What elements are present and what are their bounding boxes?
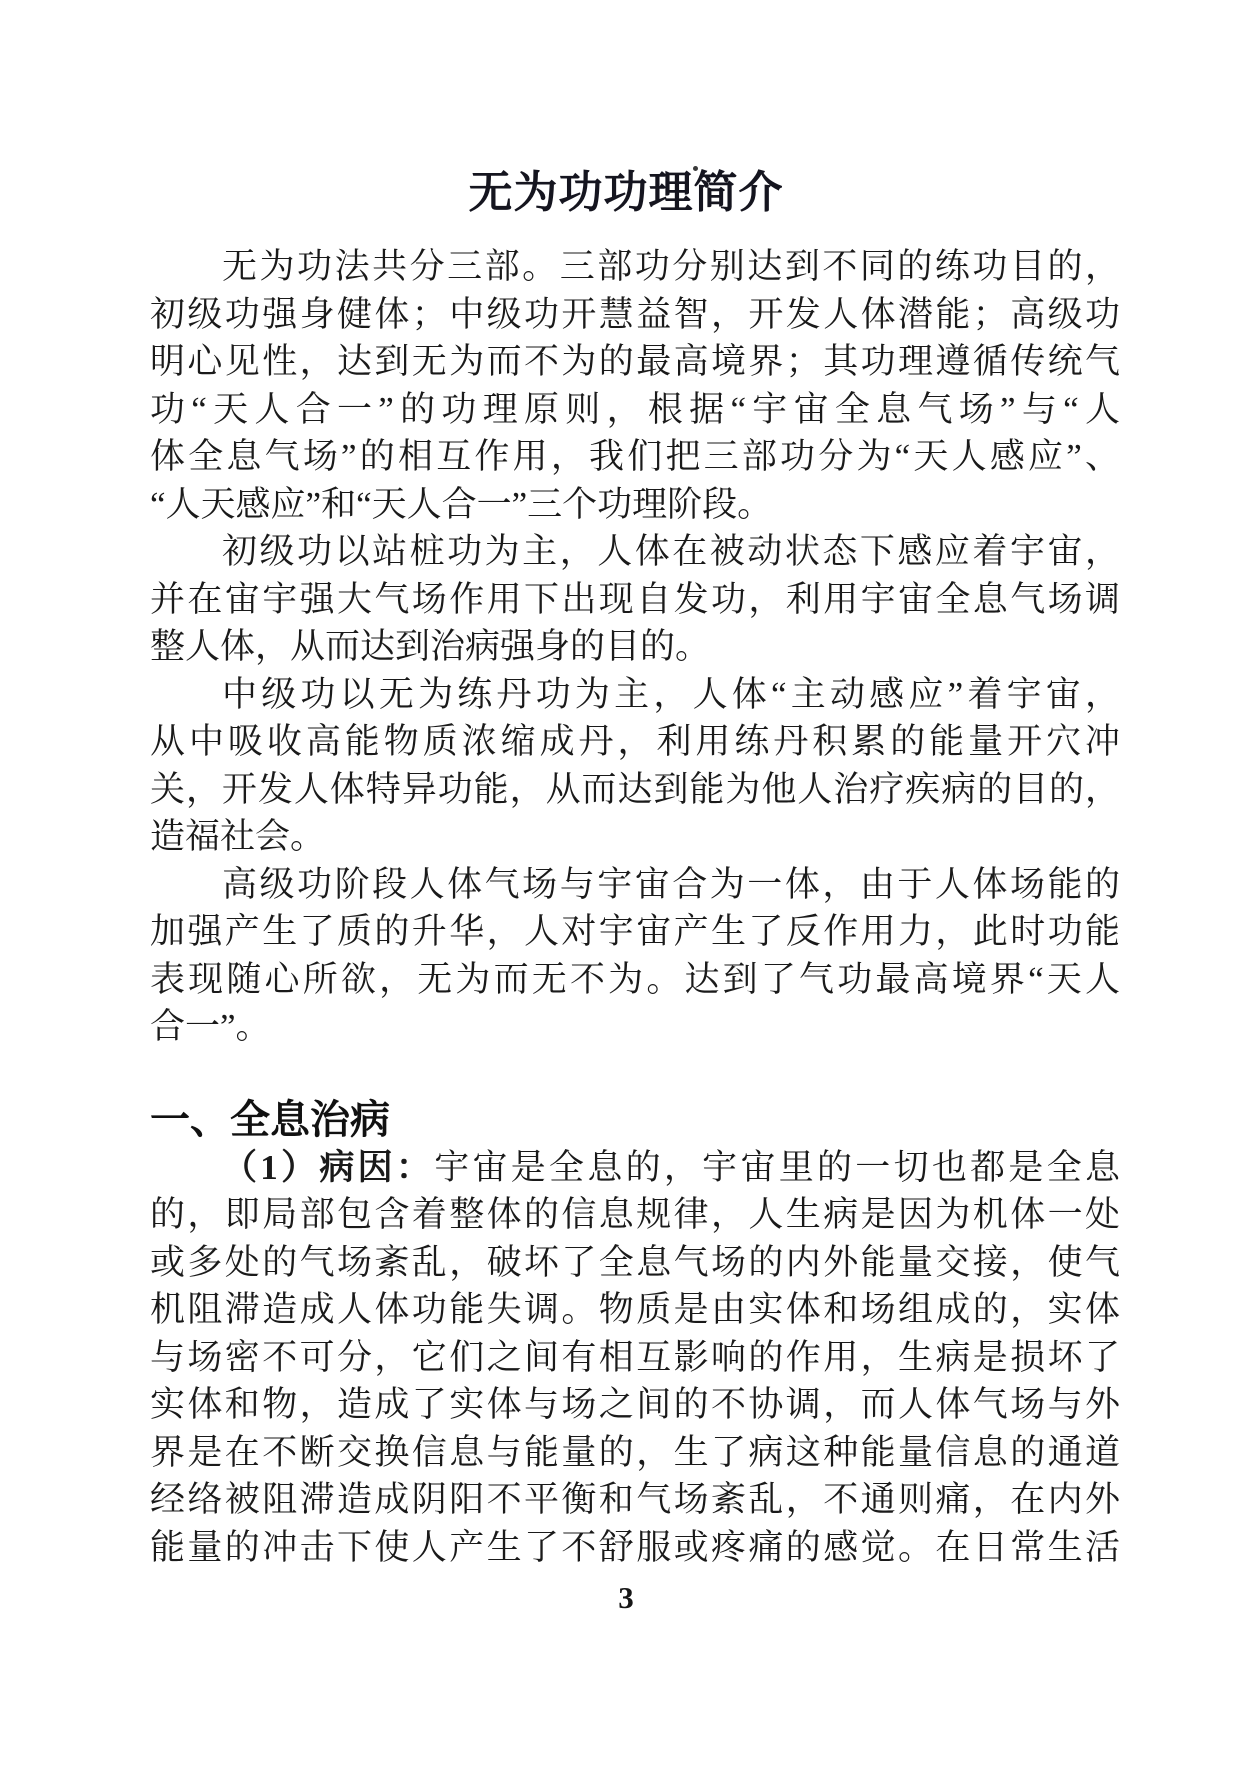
paragraph: 高级功阶段人体气场与宇宙合为一体，由于人体场能的加强产生了质的升华，人对宇宙产生…: [150, 861, 1120, 1051]
page-title: 无为功功理简介: [0, 0, 1252, 217]
bold-run: （1）病因：: [222, 1148, 434, 1187]
text-line: 造福社会。: [150, 813, 1120, 861]
text-line: 能量的冲击下使人产生了不舒服或疼痛的感觉。在日常生活: [150, 1524, 1120, 1572]
text-line: 机阻滞造成人体功能失调。物质是由实体和场组成的，实体: [150, 1286, 1120, 1334]
text-line: 整人体，从而达到治病强身的目的。: [150, 623, 1120, 671]
text-line: 无为功法共分三部。三部功分别达到不同的练功目的，: [150, 243, 1120, 291]
text-line: 中级功以无为练丹功为主，人体“主动感应”着宇宙，: [150, 671, 1120, 719]
page-number: 3: [0, 1580, 1252, 1616]
text-line: 实体和物，造成了实体与场之间的不协调，而人体气场与外: [150, 1381, 1120, 1429]
stray-dot: [693, 166, 698, 171]
text-line: 的，即局部包含着整体的信息规律，人生病是因为机体一处: [150, 1191, 1120, 1239]
text-line: 并在宙宇强大气场作用下出现自发功，利用宇宙全息气场调: [150, 576, 1120, 624]
section-paragraphs: （1）病因：宇宙是全息的，宇宙里的一切也都是全息的，即局部包含着整体的信息规律，…: [150, 1144, 1120, 1572]
text-line: 关，开发人体特异功能，从而达到能为他人治疗疾病的目的，: [150, 766, 1120, 814]
text-line: “人天感应”和“天人合一”三个功理阶段。: [150, 481, 1120, 529]
paragraph: 中级功以无为练丹功为主，人体“主动感应”着宇宙，从中吸收高能物质浓缩成丹，利用练…: [150, 671, 1120, 861]
text-line: 加强产生了质的升华，人对宇宙产生了反作用力，此时功能: [150, 908, 1120, 956]
text-line: 从中吸收高能物质浓缩成丹，利用练丹积累的能量开穴冲: [150, 718, 1120, 766]
paragraph: 无为功法共分三部。三部功分别达到不同的练功目的，初级功强身健体；中级功开慧益智，…: [150, 243, 1120, 528]
document-page: 无为功功理简介 无为功法共分三部。三部功分别达到不同的练功目的，初级功强身健体；…: [0, 0, 1252, 1785]
text-line: 合一”。: [150, 1003, 1120, 1051]
paragraph: 初级功以站桩功为主，人体在被动状态下感应着宇宙，并在宙宇强大气场作用下出现自发功…: [150, 528, 1120, 671]
intro-paragraphs: 无为功法共分三部。三部功分别达到不同的练功目的，初级功强身健体；中级功开慧益智，…: [150, 243, 1120, 1051]
text-line: 高级功阶段人体气场与宇宙合为一体，由于人体场能的: [150, 861, 1120, 909]
text-line: 表现随心所欲，无为而无不为。达到了气功最高境界“天人: [150, 956, 1120, 1004]
text-line: （1）病因：宇宙是全息的，宇宙里的一切也都是全息: [150, 1144, 1120, 1192]
section-heading: 一、全息治病: [150, 1096, 1252, 1144]
text-line: 界是在不断交换信息与能量的，生了病这种能量信息的通道: [150, 1429, 1120, 1477]
text-line: 经络被阻滞造成阴阳不平衡和气场紊乱，不通则痛，在内外: [150, 1476, 1120, 1524]
text-line: 与场密不可分，它们之间有相互影响的作用，生病是损坏了: [150, 1334, 1120, 1382]
text-line: 明心见性，达到无为而不为的最高境界；其功理遵循传统气: [150, 338, 1120, 386]
text-line: 功“天人合一”的功理原则，根据“宇宙全息气场”与“人: [150, 386, 1120, 434]
text-line: 初级功强身健体；中级功开慧益智，开发人体潜能；高级功: [150, 291, 1120, 339]
paragraph: （1）病因：宇宙是全息的，宇宙里的一切也都是全息的，即局部包含着整体的信息规律，…: [150, 1144, 1120, 1572]
text-line: 体全息气场”的相互作用，我们把三部功分为“天人感应”、: [150, 433, 1120, 481]
text-line: 初级功以站桩功为主，人体在被动状态下感应着宇宙，: [150, 528, 1120, 576]
text-line: 或多处的气场紊乱，破坏了全息气场的内外能量交接，使气: [150, 1239, 1120, 1287]
